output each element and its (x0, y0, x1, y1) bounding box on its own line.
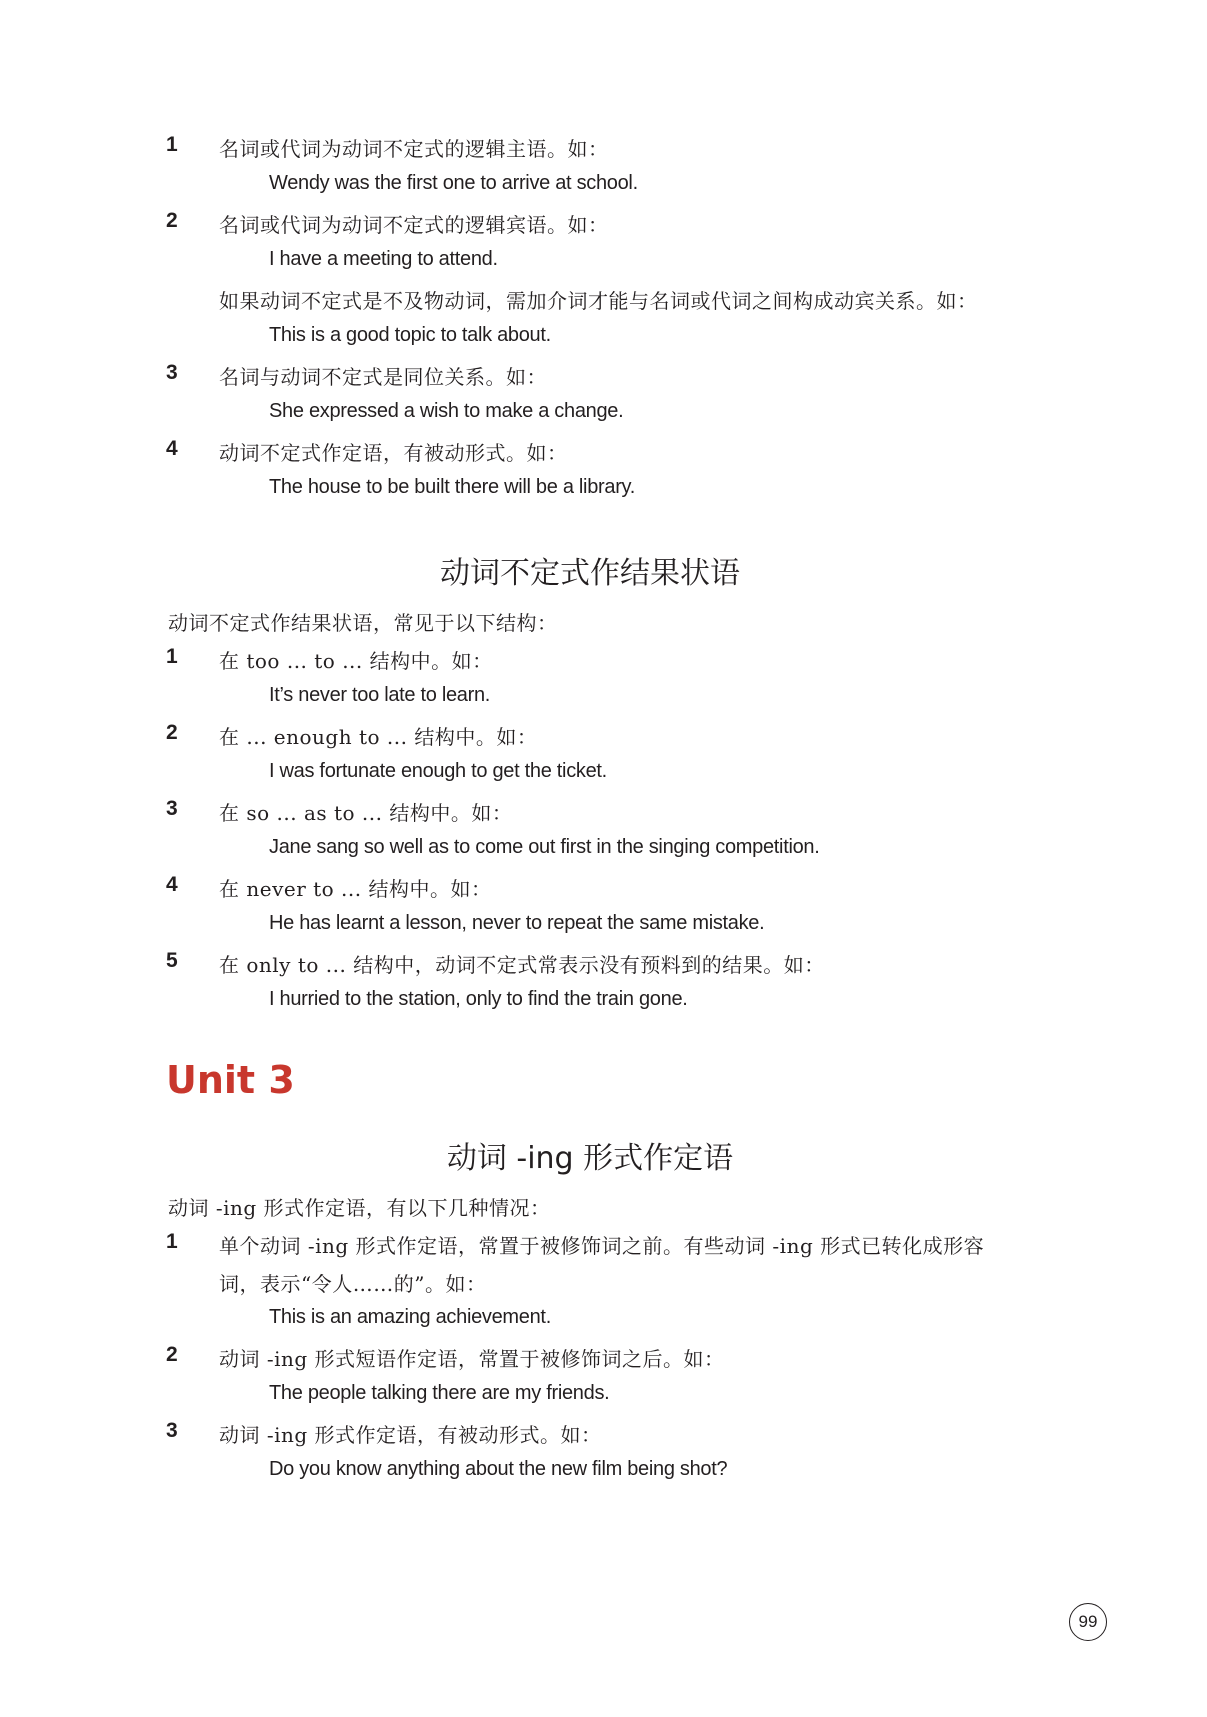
unit-heading: Unit 3 (166, 1058, 295, 1102)
example-sentence: I was fortunate enough to get the ticket… (269, 760, 607, 783)
rule-text: 在 ... enough to ... 结构中。如： (219, 721, 537, 750)
rule-text: 在 never to ... 结构中。如： (219, 873, 492, 902)
rule-text: 名词或代词为动词不定式的逻辑主语。如： (219, 133, 609, 162)
example-sentence: Jane sang so well as to come out first i… (269, 836, 820, 859)
rule-text: 在 too ... to ... 结构中。如： (219, 645, 493, 674)
section-heading: 动词不定式作结果状语 (0, 548, 1180, 592)
item-number: 1 (166, 645, 178, 669)
textbook-page: 1 名词或代词为动词不定式的逻辑主语。如： Wendy was the firs… (0, 0, 1207, 1717)
item-number: 1 (166, 133, 178, 157)
item-number: 3 (166, 361, 178, 385)
rule-text: 动词不定式作定语，有被动形式。如： (219, 437, 568, 466)
item-number: 1 (166, 1230, 178, 1254)
rule-text: 名词与动词不定式是同位关系。如： (219, 361, 547, 390)
rule-text: 在 only to ... 结构中，动词不定式常表示没有预料到的结果。如： (219, 949, 825, 978)
example-sentence: This is an amazing achievement. (269, 1306, 551, 1329)
item-number: 5 (166, 949, 178, 973)
intro-text: 动词不定式作结果状语，常见于以下结构： (168, 607, 558, 636)
rule-text: 动词 -ing 形式短语作定语，常置于被修饰词之后。如： (219, 1343, 725, 1372)
example-sentence: The people talking there are my friends. (269, 1382, 609, 1405)
page-number: 99 (1069, 1603, 1107, 1641)
item-number: 2 (166, 1343, 178, 1367)
item-number: 2 (166, 209, 178, 233)
example-sentence: It’s never too late to learn. (269, 684, 490, 707)
intro-text: 动词 -ing 形式作定语，有以下几种情况： (168, 1192, 551, 1221)
example-sentence: I hurried to the station, only to find t… (269, 988, 688, 1011)
item-number: 2 (166, 721, 178, 745)
example-sentence: Do you know anything about the new film … (269, 1458, 727, 1481)
item-number: 4 (166, 873, 178, 897)
rule-text: 名词或代词为动词不定式的逻辑宾语。如： (219, 209, 609, 238)
example-sentence: He has learnt a lesson, never to repeat … (269, 912, 764, 935)
rule-text-continued: 词，表示“令人……的”。如： (219, 1268, 486, 1297)
example-sentence: She expressed a wish to make a change. (269, 400, 623, 423)
rule-text: 在 so ... as to ... 结构中。如： (219, 797, 512, 826)
example-sentence: Wendy was the first one to arrive at sch… (269, 172, 638, 195)
item-number: 3 (166, 1419, 178, 1443)
example-sentence: The house to be built there will be a li… (269, 476, 635, 499)
note-text: 如果动词不定式是不及物动词，需加介词才能与名词或代词之间构成动宾关系。如： (219, 285, 978, 314)
rule-text: 单个动词 -ing 形式作定语，常置于被修饰词之前。有些动词 -ing 形式已转… (219, 1230, 984, 1259)
example-sentence: This is a good topic to talk about. (269, 324, 551, 347)
example-sentence: I have a meeting to attend. (269, 248, 498, 271)
item-number: 3 (166, 797, 178, 821)
rule-text: 动词 -ing 形式作定语，有被动形式。如： (219, 1419, 602, 1448)
item-number: 4 (166, 437, 178, 461)
section-heading: 动词 -ing 形式作定语 (0, 1133, 1180, 1177)
